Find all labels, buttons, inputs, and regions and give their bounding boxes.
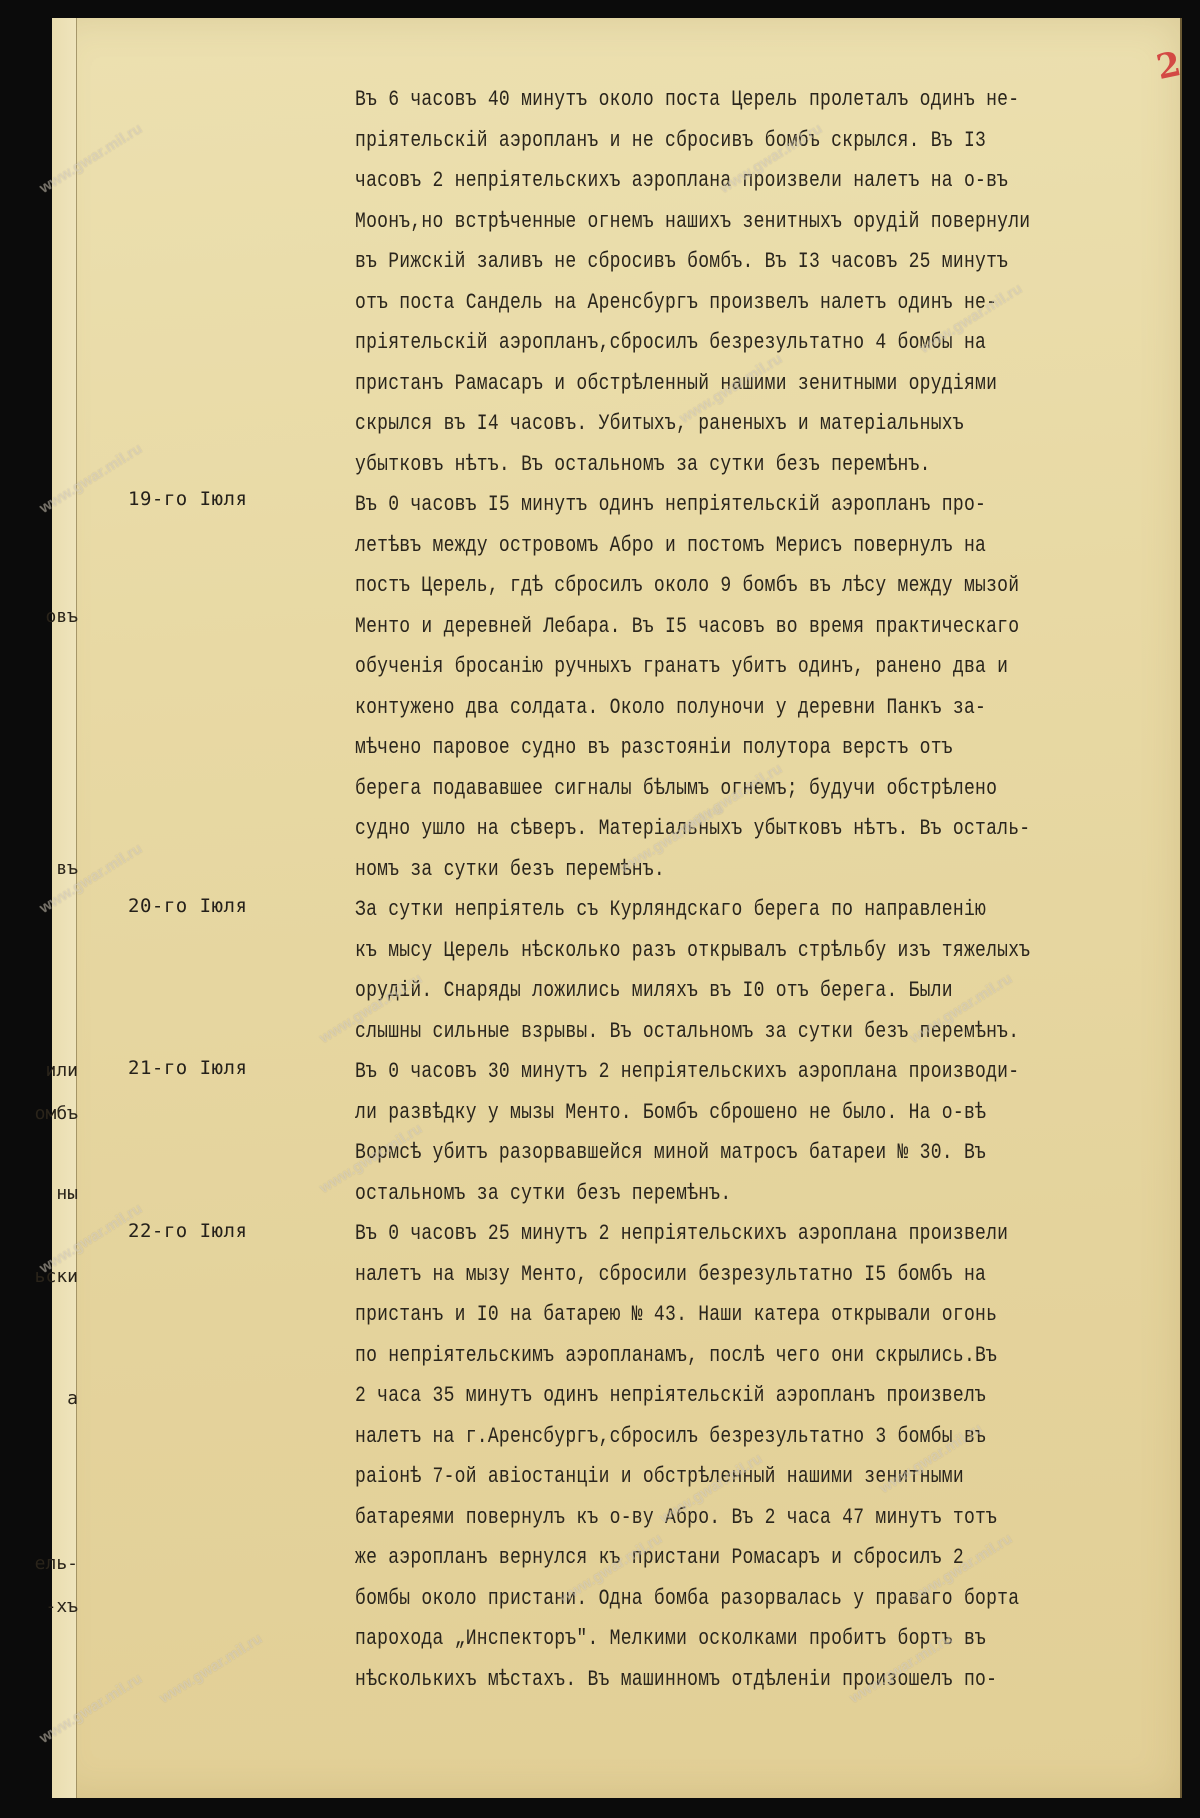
text-line: часовъ 2 непріятельскихъ аэроплана произ…: [355, 161, 1036, 202]
text-line: въ Рижскій заливъ не сбросивъ бомбъ. Въ …: [355, 242, 1036, 283]
margin-text-fragment: въ: [56, 858, 78, 879]
margin-text-fragment: а: [67, 1388, 78, 1409]
entry-date-label: 19-го Іюля: [128, 488, 247, 510]
margin-text-fragment: омбъ: [35, 1103, 78, 1124]
entry-date-label: 20-го Іюля: [128, 895, 247, 917]
text-line: убытковъ нѣтъ. Въ остальномъ за сутки бе…: [355, 445, 1036, 486]
text-line: пріятельскій аэропланъ и не сбросивъ бом…: [355, 121, 1036, 162]
text-line: Въ 6 часовъ 40 минутъ около поста Церель…: [355, 80, 1036, 121]
margin-text-fragment: ель-: [35, 1553, 78, 1574]
text-line: постъ Церель, гдѣ сбросилъ около 9 бомбъ…: [355, 566, 1036, 607]
text-line: 2 часа 35 минутъ одинъ непріятельскій аэ…: [355, 1376, 1036, 1417]
text-line: ли развѣдку у мызы Менто. Бомбъ сброшено…: [355, 1093, 1036, 1134]
margin-text-fragment: -хъ: [45, 1596, 78, 1617]
margin-text-fragment: или: [45, 1060, 78, 1081]
text-line: орудій. Снаряды ложились миляхъ въ I0 от…: [355, 971, 1036, 1012]
document-page: овъвъилиомбъныьскиаель--хъ 2 19-го Іюля2…: [52, 18, 1182, 1798]
text-line: налетъ на мызу Менто, сбросили безрезуль…: [355, 1255, 1036, 1296]
watermark-text: www.gwar.mil.ru: [156, 1630, 265, 1707]
entry-date-label: 21-го Іюля: [128, 1057, 247, 1079]
text-line: контужено два солдата. Около полуночи у …: [355, 688, 1036, 729]
text-line: Въ 0 часовъ I5 минутъ одинъ непріятельск…: [355, 485, 1036, 526]
text-line: За сутки непріятель съ Курляндскаго бере…: [355, 890, 1036, 931]
text-line: пристанъ Рамасаръ и обстрѣленный нашими …: [355, 364, 1036, 405]
text-line: по непріятельскимъ аэропланамъ, послѣ че…: [355, 1336, 1036, 1377]
text-line: Въ 0 часовъ 30 минутъ 2 непріятельскихъ …: [355, 1052, 1036, 1093]
text-line: номъ за сутки безъ перемѣнъ.: [355, 850, 1036, 891]
text-line: Вормсѣ убитъ разорвавшейся миной матросъ…: [355, 1133, 1036, 1174]
text-line: обученія бросанію ручныхъ гранатъ убитъ …: [355, 647, 1036, 688]
text-line: летѣвъ между островомъ Абро и постомъ Ме…: [355, 526, 1036, 567]
text-line: отъ поста Сандель на Аренсбургъ произвел…: [355, 283, 1036, 324]
text-line: же аэропланъ вернулся къ пристани Ромаса…: [355, 1538, 1036, 1579]
text-line: къ мысу Церель нѣсколько разъ открывалъ …: [355, 931, 1036, 972]
entry-date-label: 22-го Іюля: [128, 1220, 247, 1242]
text-line: мѣчено паровое судно въ разстояніи полут…: [355, 728, 1036, 769]
text-line: Въ 0 часовъ 25 минутъ 2 непріятельскихъ …: [355, 1214, 1036, 1255]
text-line: остальномъ за сутки безъ перемѣнъ.: [355, 1174, 1036, 1215]
text-line: нѣсколькихъ мѣстахъ. Въ машинномъ отдѣле…: [355, 1660, 1036, 1701]
report-body-text: Въ 6 часовъ 40 минутъ около поста Церель…: [355, 80, 1185, 1700]
text-line: Моонъ,но встрѣченные огнемъ нашихъ зенит…: [355, 202, 1036, 243]
text-line: пристанъ и I0 на батарею № 43. Наши кате…: [355, 1295, 1036, 1336]
text-line: Менто и деревней Лебара. Въ I5 часовъ во…: [355, 607, 1036, 648]
text-line: берега подававшее сигналы бѣлымъ огнемъ;…: [355, 769, 1036, 810]
margin-text-fragment: овъ: [45, 606, 78, 627]
margin-text-fragment: ны: [56, 1183, 78, 1204]
